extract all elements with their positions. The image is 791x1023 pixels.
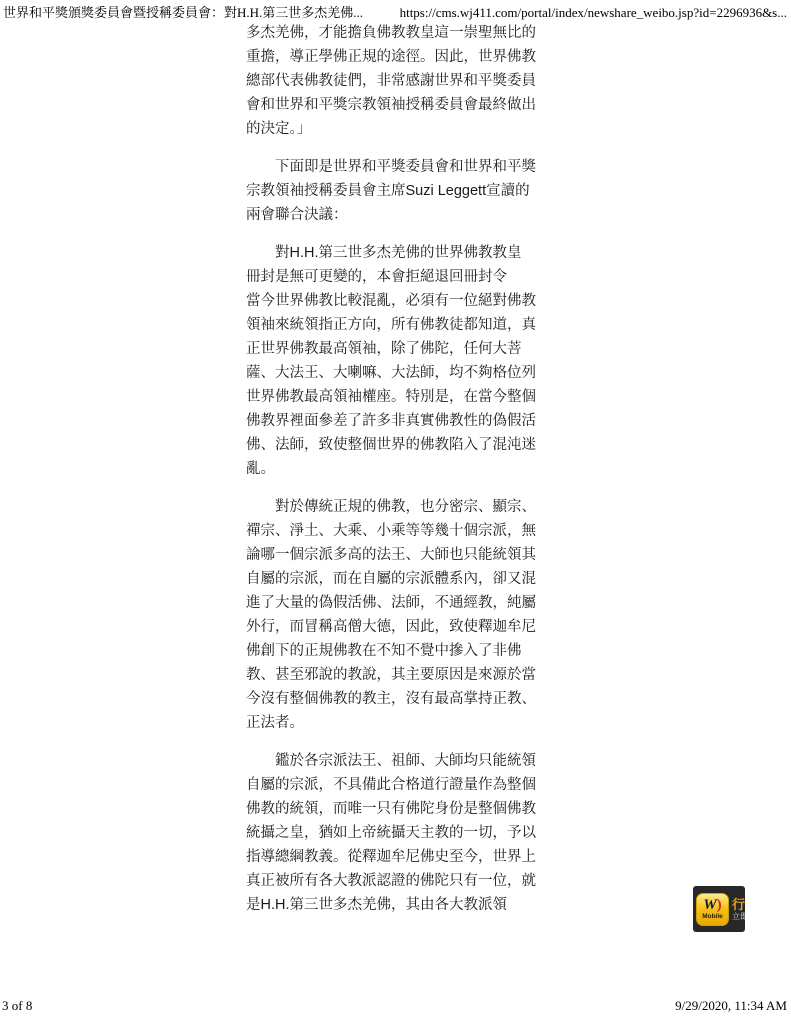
text-line: 亂。 [246, 457, 546, 481]
text-line: 世界佛教最高領袖權座。特別是，在當今整個 [246, 385, 546, 409]
text-line: 兩會聯合決議： [246, 203, 546, 227]
text-line: 會和世界和平獎宗教領袖授稱委員會最終做出 [246, 93, 546, 117]
text-line: 冊封是無可更變的，本會拒絕退回冊封令 [246, 265, 546, 289]
text-line: 總部代表佛教徒們，非常感謝世界和平獎委員 [246, 69, 546, 93]
document-url: https://cms.wj411.com/portal/index/newsh… [400, 5, 787, 21]
text-line: 重擔，導正學佛正規的途徑。因此，世界佛教 [246, 45, 546, 69]
text-line: 佛創下的正規佛教在不知不覺中摻入了非佛 [246, 639, 546, 663]
print-header: 世界和平獎頒獎委員會暨授稱委員會：對H.H.第三世多杰羌佛... https:/… [0, 2, 791, 21]
wj-logo-subtext: Mobile [702, 913, 723, 920]
text-line: 鑑於各宗派法王、祖師、大師均只能統領 [246, 749, 546, 773]
text-line: 正法者。 [246, 711, 546, 735]
text-line: 真正被所有各大教派認證的佛陀只有一位，就 [246, 869, 546, 893]
text-line: 多杰羌佛，才能擔負佛教教皇這一崇聖無比的 [246, 21, 546, 45]
badge-label-bottom: 立即下 [732, 912, 745, 922]
text-line: 進了大量的偽假活佛、法師，不通經教，純屬 [246, 591, 546, 615]
text-line: 薩、大法王、大喇嘛、大法師，均不夠格位列 [246, 361, 546, 385]
paragraph: 多杰羌佛，才能擔負佛教教皇這一崇聖無比的重擔，導正學佛正規的途徑。因此，世界佛教… [246, 21, 546, 141]
text-line: 指導總綱教義。從釋迦牟尼佛史至今，世界上 [246, 845, 546, 869]
page-number: 3 of 8 [2, 998, 32, 1014]
print-preview-page: 世界和平獎頒獎委員會暨授稱委員會：對H.H.第三世多杰羌佛... https:/… [0, 0, 791, 1023]
text-line: 領袖來統領指正方向，所有佛教徒都知道，真 [246, 313, 546, 337]
paragraph: 對H.H.第三世多杰羌佛的世界佛教教皇冊封是無可更變的，本會拒絕退回冊封令當今世… [246, 241, 546, 481]
text-line: 正世界佛教最高領袖，除了佛陀，任何大菩 [246, 337, 546, 361]
text-line: 佛教界裡面參差了許多非真實佛教性的偽假活 [246, 409, 546, 433]
print-footer: 3 of 8 9/29/2020, 11:34 AM [0, 998, 791, 1014]
text-line: 佛、法師，致使整個世界的佛教陷入了混沌迷 [246, 433, 546, 457]
mobile-app-badge[interactable]: W) Mobile 行動 立即下 [693, 886, 745, 932]
text-line: 佛教的統領，而唯一只有佛陀身份是整個佛教 [246, 797, 546, 821]
paragraph: 下面即是世界和平獎委員會和世界和平獎宗教領袖授稱委員會主席Suzi Legget… [246, 155, 546, 227]
text-line: 今沒有整個佛教的教主，沒有最高掌持正教、 [246, 687, 546, 711]
article-body: 多杰羌佛，才能擔負佛教教皇這一崇聖無比的重擔，導正學佛正規的途徑。因此，世界佛教… [246, 21, 546, 917]
print-datetime: 9/29/2020, 11:34 AM [675, 998, 787, 1014]
wj-logo-swoosh: ) [717, 897, 722, 913]
text-line: 教、甚至邪說的教說，其主要原因是來源於當 [246, 663, 546, 687]
text-line: 當今世界佛教比較混亂，必須有一位絕對佛教 [246, 289, 546, 313]
text-line: 下面即是世界和平獎委員會和世界和平獎 [246, 155, 546, 179]
text-line: 對於傳統正規的佛教，也分密宗、顯宗、 [246, 495, 546, 519]
document-title: 世界和平獎頒獎委員會暨授稱委員會：對H.H.第三世多杰羌佛... [3, 2, 363, 21]
text-line: 論哪一個宗派多高的法王、大師也只能統領其 [246, 543, 546, 567]
wj-logo-mark: W) [703, 898, 721, 913]
text-line: 外行，而冒稱高僧大德，因此，致使釋迦牟尼 [246, 615, 546, 639]
text-line: 自屬的宗派，而在自屬的宗派體系內，卻又混 [246, 567, 546, 591]
wj-mobile-app-icon: W) Mobile [696, 893, 729, 926]
text-line: 是H.H.第三世多杰羌佛，其由各大教派領 [246, 893, 546, 917]
paragraph: 鑑於各宗派法王、祖師、大師均只能統領自屬的宗派，不具備此合格道行證量作為整個佛教… [246, 749, 546, 917]
text-line: 禪宗、淨土、大乘、小乘等等幾十個宗派，無 [246, 519, 546, 543]
text-line: 的決定。」 [246, 117, 546, 141]
text-line: 宗教領袖授稱委員會主席Suzi Leggett宣讀的 [246, 179, 546, 203]
paragraph: 對於傳統正規的佛教，也分密宗、顯宗、禪宗、淨土、大乘、小乘等等幾十個宗派，無論哪… [246, 495, 546, 735]
text-line: 對H.H.第三世多杰羌佛的世界佛教教皇 [246, 241, 546, 265]
text-line: 自屬的宗派，不具備此合格道行證量作為整個 [246, 773, 546, 797]
badge-label-top: 行動 [732, 897, 745, 912]
badge-text: 行動 立即下 [732, 897, 745, 922]
text-line: 統攝之皇，猶如上帝統攝天主教的一切，予以 [246, 821, 546, 845]
